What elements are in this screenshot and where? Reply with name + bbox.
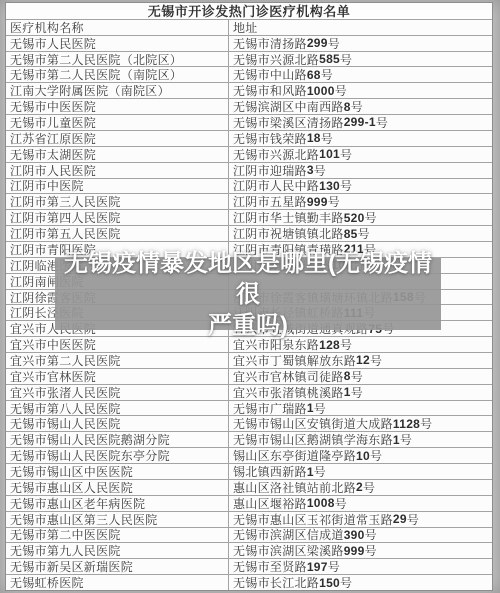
hospital-name-cell: 江阴市第五人民医院 [6,226,229,241]
table-row: 无锡市锡山人民医院无锡市锡山区安镇街道大成路1128号 [6,415,492,431]
table-row: 江南大学附属医院（南院区）无锡市和风路1000号 [6,82,492,98]
table-row: 无锡市太湖医院无锡市兴源北路101号 [6,146,492,162]
hospital-address-cell: 惠山区洛社镇站前北路2号 [229,480,492,495]
hospital-address-cell: 无锡市钱荣路18号 [229,131,492,146]
table-row: 宜兴市官林医院宜兴市官林镇司徒路8号 [6,368,492,384]
table-row: 无锡市第九人民医院无锡市滨湖区梁溪路999号 [6,542,492,558]
hospital-address-cell: 惠山区堰裕路1008号 [229,496,492,511]
hospital-address-cell: 无锡市惠山区玉祁街道常玉路29号 [229,512,492,527]
hospital-name-cell: 无锡市锡山人民医院 [6,416,229,431]
hospital-address-cell: 江阴市祝塘镇镇北路85号 [229,226,492,241]
hospital-name-cell: 无锡市惠山区老年病医院 [6,496,229,511]
hospital-address-cell: 江阴市五星路999号 [229,194,492,209]
hospital-name-cell: 无锡市第二人民医院（南院区） [6,67,229,82]
hospital-address-cell: 无锡市和风路1000号 [229,83,492,98]
table-row: 无锡市第二人民医院（南院区）无锡市中山路68号 [6,66,492,82]
hospital-name-cell: 无锡虹桥医院 [6,575,229,590]
hospital-name-cell: 无锡市锡山区中医医院 [6,464,229,479]
hospital-name-cell: 无锡市第八人民医院 [6,401,229,416]
table-row: 无锡市新吴区新瑞医院无锡市至贤路197号 [6,558,492,574]
table-row: 无锡市第二中医医院无锡市滨湖区信成道390号 [6,527,492,543]
hospital-address-cell: 无锡市兴源北路585号 [229,52,492,67]
hospital-name-cell: 宜兴市第二人民医院 [6,353,229,368]
table-row: 无锡市惠山区人民医院惠山区洛社镇站前北路2号 [6,479,492,495]
hospital-name-cell: 无锡市中医医院 [6,99,229,114]
hospital-address-cell: 无锡市清扬路299号 [229,36,492,51]
table-row: 江阴市人民医院江阴市迎瑞路3号 [6,162,492,178]
hospital-address-cell: 宜兴市官林镇司徒路8号 [229,369,492,384]
table-row: 无锡市惠山区老年病医院惠山区堰裕路1008号 [6,495,492,511]
table-row: 江阴市第五人民医院江阴市祝塘镇镇北路85号 [6,225,492,241]
hospital-name-cell: 江阴市第四人民医院 [6,210,229,225]
table-row: 宜兴市第二人民医院宜兴市丁蜀镇解放东路12号 [6,352,492,368]
caption-overlay: 无锡疫情暴发地区是哪里(无锡疫情很 严重吗) [55,258,441,330]
hospital-name-cell: 无锡市惠山区第三人民医院 [6,512,229,527]
column-header-address: 地址 [229,20,492,35]
table-row: 江阴市第三人民医院江阴市五星路999号 [6,193,492,209]
hospital-address-cell: 无锡市滨湖区梁溪路999号 [229,543,492,558]
table-row: 无锡市第二人民医院（北院区）无锡市兴源北路585号 [6,51,492,67]
table-row: 无锡市锡山区中医医院锡北镇西新路1号 [6,463,492,479]
hospital-name-cell: 宜兴市张渚人民医院 [6,385,229,400]
hospital-address-cell: 宜兴市张渚镇桃溪路1号 [229,385,492,400]
hospital-name-cell: 江苏省江原医院 [6,131,229,146]
table-header-row: 医疗机构名称 地址 [6,19,492,35]
hospital-address-cell: 无锡市滨湖区信成道390号 [229,528,492,543]
hospital-address-cell: 无锡市至贤路197号 [229,559,492,574]
table-row: 无锡市人民医院无锡市清扬路299号 [6,35,492,51]
hospital-name-cell: 无锡市人民医院 [6,36,229,51]
hospital-name-cell: 无锡市第二中医医院 [6,528,229,543]
hospital-name-cell: 无锡市锡山人民医院鹅湖分院 [6,432,229,447]
hospital-address-cell: 无锡市锡山区鹅湖镇学海东路1号 [229,432,492,447]
hospital-name-cell: 宜兴市中医医院 [6,337,229,352]
hospital-name-cell: 无锡市第二人民医院（北院区） [6,52,229,67]
hospital-address-cell: 锡北镇西新路1号 [229,464,492,479]
hospital-name-cell: 宜兴市官林医院 [6,369,229,384]
hospital-name-cell: 江阴市人民医院 [6,163,229,178]
hospital-address-cell: 江阴市人民中路130号 [229,179,492,194]
table-row: 无锡虹桥医院无锡市长江北路150号 [6,574,492,590]
hospital-name-cell: 无锡市第九人民医院 [6,543,229,558]
table-row: 无锡市惠山区第三人民医院无锡市惠山区玉祁街道常玉路29号 [6,511,492,527]
hospital-name-cell: 无锡市新吴区新瑞医院 [6,559,229,574]
hospital-name-cell: 江阴市中医院 [6,179,229,194]
hospital-address-cell: 江阴市迎瑞路3号 [229,163,492,178]
hospital-name-cell: 无锡市惠山区人民医院 [6,480,229,495]
table-row: 宜兴市张渚人民医院宜兴市张渚镇桃溪路1号 [6,384,492,400]
hospital-address-cell: 无锡市锡山区安镇街道大成路1128号 [229,416,492,431]
hospital-address-cell: 无锡市中山路68号 [229,67,492,82]
table-row: 无锡市中医医院无锡滨湖区中南西路8号 [6,98,492,114]
caption-line-1: 无锡疫情暴发地区是哪里(无锡疫情很 [55,248,441,310]
hospital-name-cell: 无锡市儿童医院 [6,115,229,130]
hospital-address-cell: 锡山区东亭街道隆亭路10号 [229,448,492,463]
hospital-address-cell: 无锡市长江北路150号 [229,575,492,590]
hospital-name-cell: 江阴市第三人民医院 [6,194,229,209]
hospital-name-cell: 无锡市锡山人民医院东亭分院 [6,448,229,463]
hospital-name-cell: 无锡市太湖医院 [6,147,229,162]
caption-line-2: 严重吗) [208,310,288,341]
hospital-address-cell: 无锡市广瑞路1号 [229,401,492,416]
table-row: 无锡市锡山人民医院东亭分院锡山区东亭街道隆亭路10号 [6,447,492,463]
hospital-name-cell: 江南大学附属医院（南院区） [6,83,229,98]
table-title: 无锡市开诊发热门诊医疗机构名单 [6,3,492,19]
hospital-address-cell: 宜兴市丁蜀镇解放东路12号 [229,353,492,368]
table-row: 江阴市第四人民医院江阴市华士镇勤丰路520号 [6,209,492,225]
page-background: 无锡市开诊发热门诊医疗机构名单 医疗机构名称 地址 无锡市人民医院无锡市清扬路2… [0,0,500,593]
table-row: 无锡市锡山人民医院鹅湖分院无锡市锡山区鹅湖镇学海东路1号 [6,431,492,447]
table-row: 无锡市儿童医院无锡市梁溪区清扬路299-1号 [6,114,492,130]
table-row: 江阴市中医院江阴市人民中路130号 [6,178,492,194]
hospital-address-cell: 无锡市梁溪区清扬路299-1号 [229,115,492,130]
hospital-address-cell: 无锡市兴源北路101号 [229,147,492,162]
hospital-address-cell: 江阴市华士镇勤丰路520号 [229,210,492,225]
column-header-institution-name: 医疗机构名称 [6,20,229,35]
hospital-address-cell: 无锡滨湖区中南西路8号 [229,99,492,114]
table-row: 无锡市第八人民医院无锡市广瑞路1号 [6,400,492,416]
table-row: 江苏省江原医院无锡市钱荣路18号 [6,130,492,146]
